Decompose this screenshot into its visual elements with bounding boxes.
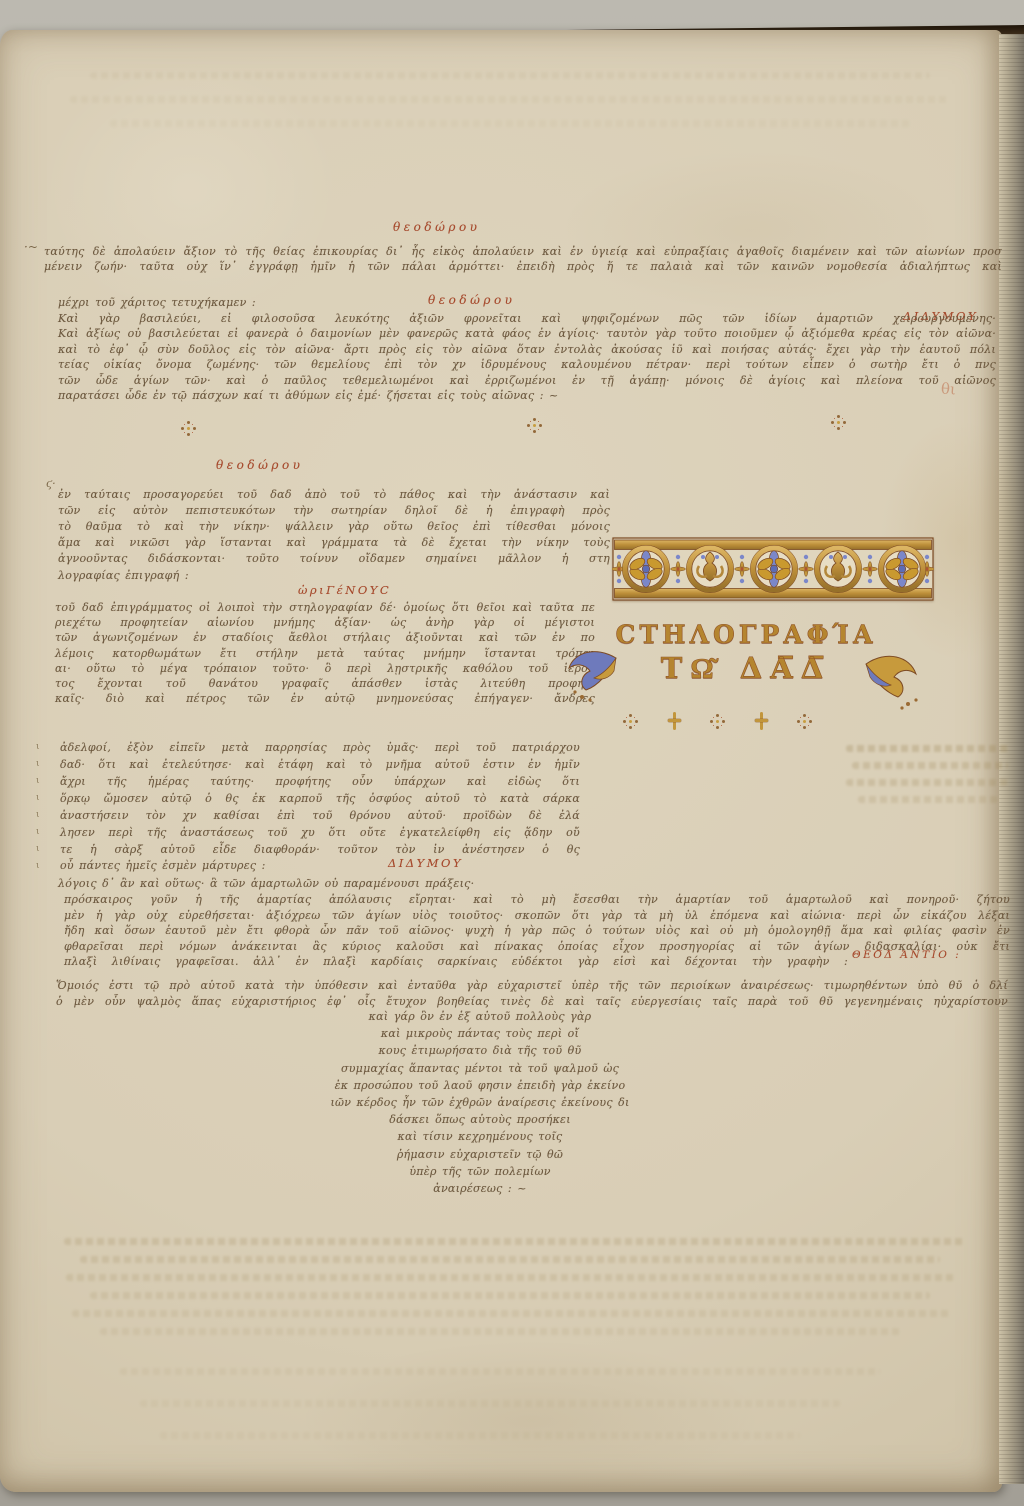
showthrough-line — [90, 1292, 930, 1299]
showthrough-line — [160, 1432, 800, 1439]
text-line: Καὶ γὰρ βασιλεύει, εἰ φιλοσοῦσα λευκότης… — [58, 311, 996, 326]
text-block-didymus-intro: λόγοις δ᾽ ἂν καὶ οὕτως· ἃ τῶν ἁμαρτωλῶν … — [58, 876, 474, 891]
illuminated-band — [612, 537, 934, 601]
flourish-left-icon — [560, 640, 622, 706]
text-line: ιῶν κέρδος ἦν τῶν ἐχθρῶν ἀναίρεσις ἐκείν… — [200, 1094, 760, 1111]
diple-mark: ι — [36, 807, 40, 824]
text-block-theodore: Ὅμοιός ἐστι τῷ πρὸ αὐτοῦ κατὰ τὴν ὑπόθεσ… — [56, 978, 1008, 1011]
text-line: δάσκει ὅπως αὐτοὺς προσήκει — [200, 1111, 760, 1128]
text-line: τῶν ὧδε ἁγίων τῶν· καὶ ὁ παῦλος τεθεμελι… — [58, 373, 996, 388]
text-line: ἐκ προσώπου τοῦ λαοῦ φησιν ἐπειδὴ γὰρ ἐκ… — [200, 1077, 760, 1094]
cross-floret-icon — [754, 712, 768, 730]
rubric-theodorou-3: θεοδώρου — [216, 458, 303, 472]
showthrough-line — [70, 96, 950, 103]
text-block-didymus-last: πλαξὶ λιθίναις γραφεῖσαι. ἀλλ᾽ ἐν πλαξὶ … — [64, 954, 848, 969]
text-block-acts-quote: ἀδελφοί, ἐξὸν εἰπεῖν μετὰ παρρησίας πρὸς… — [60, 739, 580, 858]
text-block-1-final: μέχρι τοῦ χάριτος τετυχήκαμεν : — [58, 295, 256, 310]
asterism-icon — [622, 713, 638, 729]
diple-mark: ι — [36, 841, 40, 858]
text-line: καὶ γάρ ὃν ἐν ἑξ αὐτοῦ πολλοὺς γὰρ — [200, 1008, 760, 1025]
text-line: δαδ· ὅτι καὶ ἐτελεύτησε· καὶ ἐτάφη καὶ τ… — [60, 756, 580, 773]
section-sign: ϛ· — [46, 477, 56, 490]
text-block-3-final: λογραφίας ἐπιγραφή : — [58, 568, 189, 583]
manuscript-photo: θεοδώρου θεοδώρου θεοδώρου ὡριΓέΝΟΥϹ ΔΙΔ… — [0, 0, 1024, 1506]
text-block-didymus: πρόσκαιρος γοῦν ἡ τῆς ἁμαρτίας ἀπόλαυσις… — [64, 892, 1010, 954]
text-line: φθαρεῖσαι περὶ νόμων ἀνάκεινται ἃς κύριο… — [64, 939, 1010, 955]
showthrough-line — [120, 1368, 880, 1375]
rubric-didymou-2: ΔΙΔΥΜΟΥ — [388, 856, 463, 870]
cross-floret-icon — [667, 712, 681, 730]
text-line: μένειν ζωήν· ταῦτα οὐχ ἵν᾽ ἐγγράφῃ ἡμῖν … — [44, 259, 1002, 274]
asterism-icon — [796, 713, 812, 729]
text-block-1: ταύτης δὲ ἀπολαύειν ἄξιον τὸ τῆς θείας ἐ… — [44, 244, 1002, 275]
diple-mark: ι — [36, 824, 40, 841]
text-line: ἀδελφοί, ἐξὸν εἰπεῖν μετὰ παρρησίας πρὸς… — [60, 739, 580, 756]
asterism-icon — [180, 420, 196, 436]
text-line: συμμαχίας ἅπαντας μέντοι τὰ τοῦ ψαλμοῦ ὡ… — [200, 1060, 760, 1077]
showthrough-line — [66, 1274, 956, 1281]
rubric-theodorou-1: θεοδώρου — [393, 220, 480, 234]
diple-mark: ι — [36, 858, 40, 875]
text-line: ἅμα καὶ νικῶσι γὰρ ἵστανται καὶ γράμματα… — [58, 535, 610, 551]
diple-quotation-marks: ιιιιιιιι — [36, 739, 40, 875]
text-line: τος ἔχονται τοῦ θανάτου γραφαῖς ἁπάσθεν … — [55, 676, 595, 691]
showthrough-line — [64, 1238, 964, 1245]
showthrough-line — [846, 745, 1010, 752]
text-line: τὸ θαῦμα τὸ καὶ τὴν νίκην· ψάλλειν γὰρ ο… — [58, 519, 610, 535]
text-line: κους ἐτιμωρήσατο διὰ τῆς τοῦ θῦ — [200, 1042, 760, 1059]
text-line: ριεχέτω προφητείαν αἰωνίου μνήμης ἀξίαν·… — [55, 615, 595, 630]
text-line: καὶ μικροὺς πάντας τοὺς περὶ οἴ — [200, 1025, 760, 1042]
text-line: ὅρκῳ ὤμοσεν αὐτῷ ὁ θς ἐκ καρποῦ τῆς ὀσφύ… — [60, 790, 580, 807]
under-title-ornaments — [622, 712, 812, 730]
asterism-icon — [830, 414, 846, 430]
text-line: πρόσκαιρος γοῦν ἡ τῆς ἁμαρτίας ἀπόλαυσις… — [64, 892, 1010, 908]
text-line: τείας οἰκίας ὄνομα ζωμένης· τῶν θεμελίου… — [58, 357, 996, 372]
text-block-3: ἐν ταύταις προσαγορεύει τοῦ δαδ ἀπὸ τοῦ … — [58, 487, 610, 567]
rubric-origenous: ὡριΓέΝΟΥϹ — [298, 583, 391, 597]
text-line: ῥήμασιν εὐχαριστεῖν τῷ θῶ — [200, 1146, 760, 1163]
text-line: ὑπὲρ τῆς τῶν πολεμίων — [200, 1163, 760, 1180]
text-block-origen: τοῦ δαδ ἐπιγράμματος οἱ λοιποὶ τὴν στηλο… — [55, 600, 595, 706]
asterism-icon — [709, 713, 725, 729]
diple-mark: ι — [36, 773, 40, 790]
showthrough-line — [858, 796, 998, 803]
text-block-acts-final: οὗ πάντες ἡμεῖς ἐσμὲν μάρτυρες : — [60, 858, 266, 873]
text-line: ἀναιρέσεως : ~ — [200, 1180, 760, 1197]
text-line: καὶ τὸ ἐφ᾽ ᾧ σὺν δοῦλος εἰς τὸν αἰῶνα· ἄ… — [58, 342, 996, 357]
text-line: αι· οὕτω τὸ μέγα τρόπαιον τοῦτο· ὃ περὶ … — [55, 661, 595, 676]
text-line: Ὅμοιός ἐστι τῷ πρὸ αὐτοῦ κατὰ τὴν ὑπόθεσ… — [56, 978, 1008, 994]
text-block-2-final: παρατάσει ὧδε ἐν τῷ πάσχων καί τι ἀθύμων… — [58, 388, 558, 403]
book-page-edges — [999, 34, 1024, 1484]
text-line: μὲν ἡ γὰρ οὐχ εὑρεθήσεται· ἀξιόχρεω τῶν … — [64, 908, 1010, 924]
text-line: ἀγνοοῦντας διδάσκονται· τοῦτο τοίνυν οἴδ… — [58, 551, 610, 567]
text-line: ἐν ταύταις προσαγορεύει τοῦ δαδ ἀπὸ τοῦ … — [58, 487, 610, 503]
text-line: πλαξὶ λιθίναις γραφεῖσαι. ἀλλ᾽ ἐν πλαξὶ … — [64, 954, 848, 969]
text-line: λησεν περὶ τῆς ἀναστάσεως τοῦ χυ ὅτι οὔτ… — [60, 824, 580, 841]
text-line: τῶν ἀγωνιζομένων ἐν σταδίοις ἄεθλοι στήλ… — [55, 630, 595, 645]
diple-mark: ι — [36, 790, 40, 807]
text-line: τε ἡ σὰρξ αὐτοῦ εἶδε διαφθοράν· τοῦτον τ… — [60, 841, 580, 858]
showthrough-line — [100, 1328, 900, 1335]
text-line: ἀναστήσειν τὸν χν καθίσαι ἐπὶ τοῦ θρόνου… — [60, 807, 580, 824]
showthrough-line — [140, 1400, 840, 1407]
showthrough-line — [852, 762, 1008, 769]
asterism-icon — [526, 417, 542, 433]
showthrough-line — [846, 779, 1008, 786]
text-line: καῖς· διὸ καὶ πέτρος τῶν ἐν αὐτῷ μνημονε… — [55, 691, 595, 706]
diple-mark: ι — [36, 756, 40, 773]
text-line: λέμοις κατορθωμάτων ἔτι στήλην μετὰ ταύτ… — [55, 646, 595, 661]
showthrough-line — [90, 72, 930, 79]
text-line: ταύτης δὲ ἀπολαύειν ἄξιον τὸ τῆς θείας ἐ… — [44, 244, 1002, 259]
text-line: τοῦ δαδ ἐπιγράμματος οἱ λοιποὶ τὴν στηλο… — [55, 600, 595, 615]
rubric-theodorou-2: θεοδώρου — [428, 293, 515, 307]
text-block-2: Καὶ γὰρ βασιλεύει, εἰ φιλοσοῦσα λευκότης… — [58, 311, 996, 388]
text-line: ἤδη καὶ ὅσων ἑαυτοῦ μὲν ἔτι φθορὰ ὧν πᾶν… — [64, 923, 1010, 939]
showthrough-line — [72, 1310, 952, 1317]
text-line: Καὶ ἀξίως οὐ βασιλεύεται εἰ φανερὰ ὁ δαι… — [58, 326, 996, 341]
flourish-right-icon — [858, 644, 928, 714]
text-line: ἄχρι τῆς ἡμέρας ταύτης· προφήτης οὖν ὑπά… — [60, 773, 580, 790]
paragraphos-mark: ·~ — [24, 240, 38, 254]
text-line: καὶ τίσιν κεχρημένους τοῖς — [200, 1128, 760, 1145]
showthrough-line — [110, 120, 910, 127]
diple-mark: ι — [36, 739, 40, 756]
showthrough-line — [80, 1256, 940, 1263]
tapered-colophon-block: καὶ γάρ ὃν ἐν ἑξ αὐτοῦ πολλοὺς γὰρκαὶ μι… — [200, 1008, 760, 1197]
text-line: τῶν εἰς αὐτὸν πεπιστευκότων τὴν σωτηρίαν… — [58, 503, 610, 519]
